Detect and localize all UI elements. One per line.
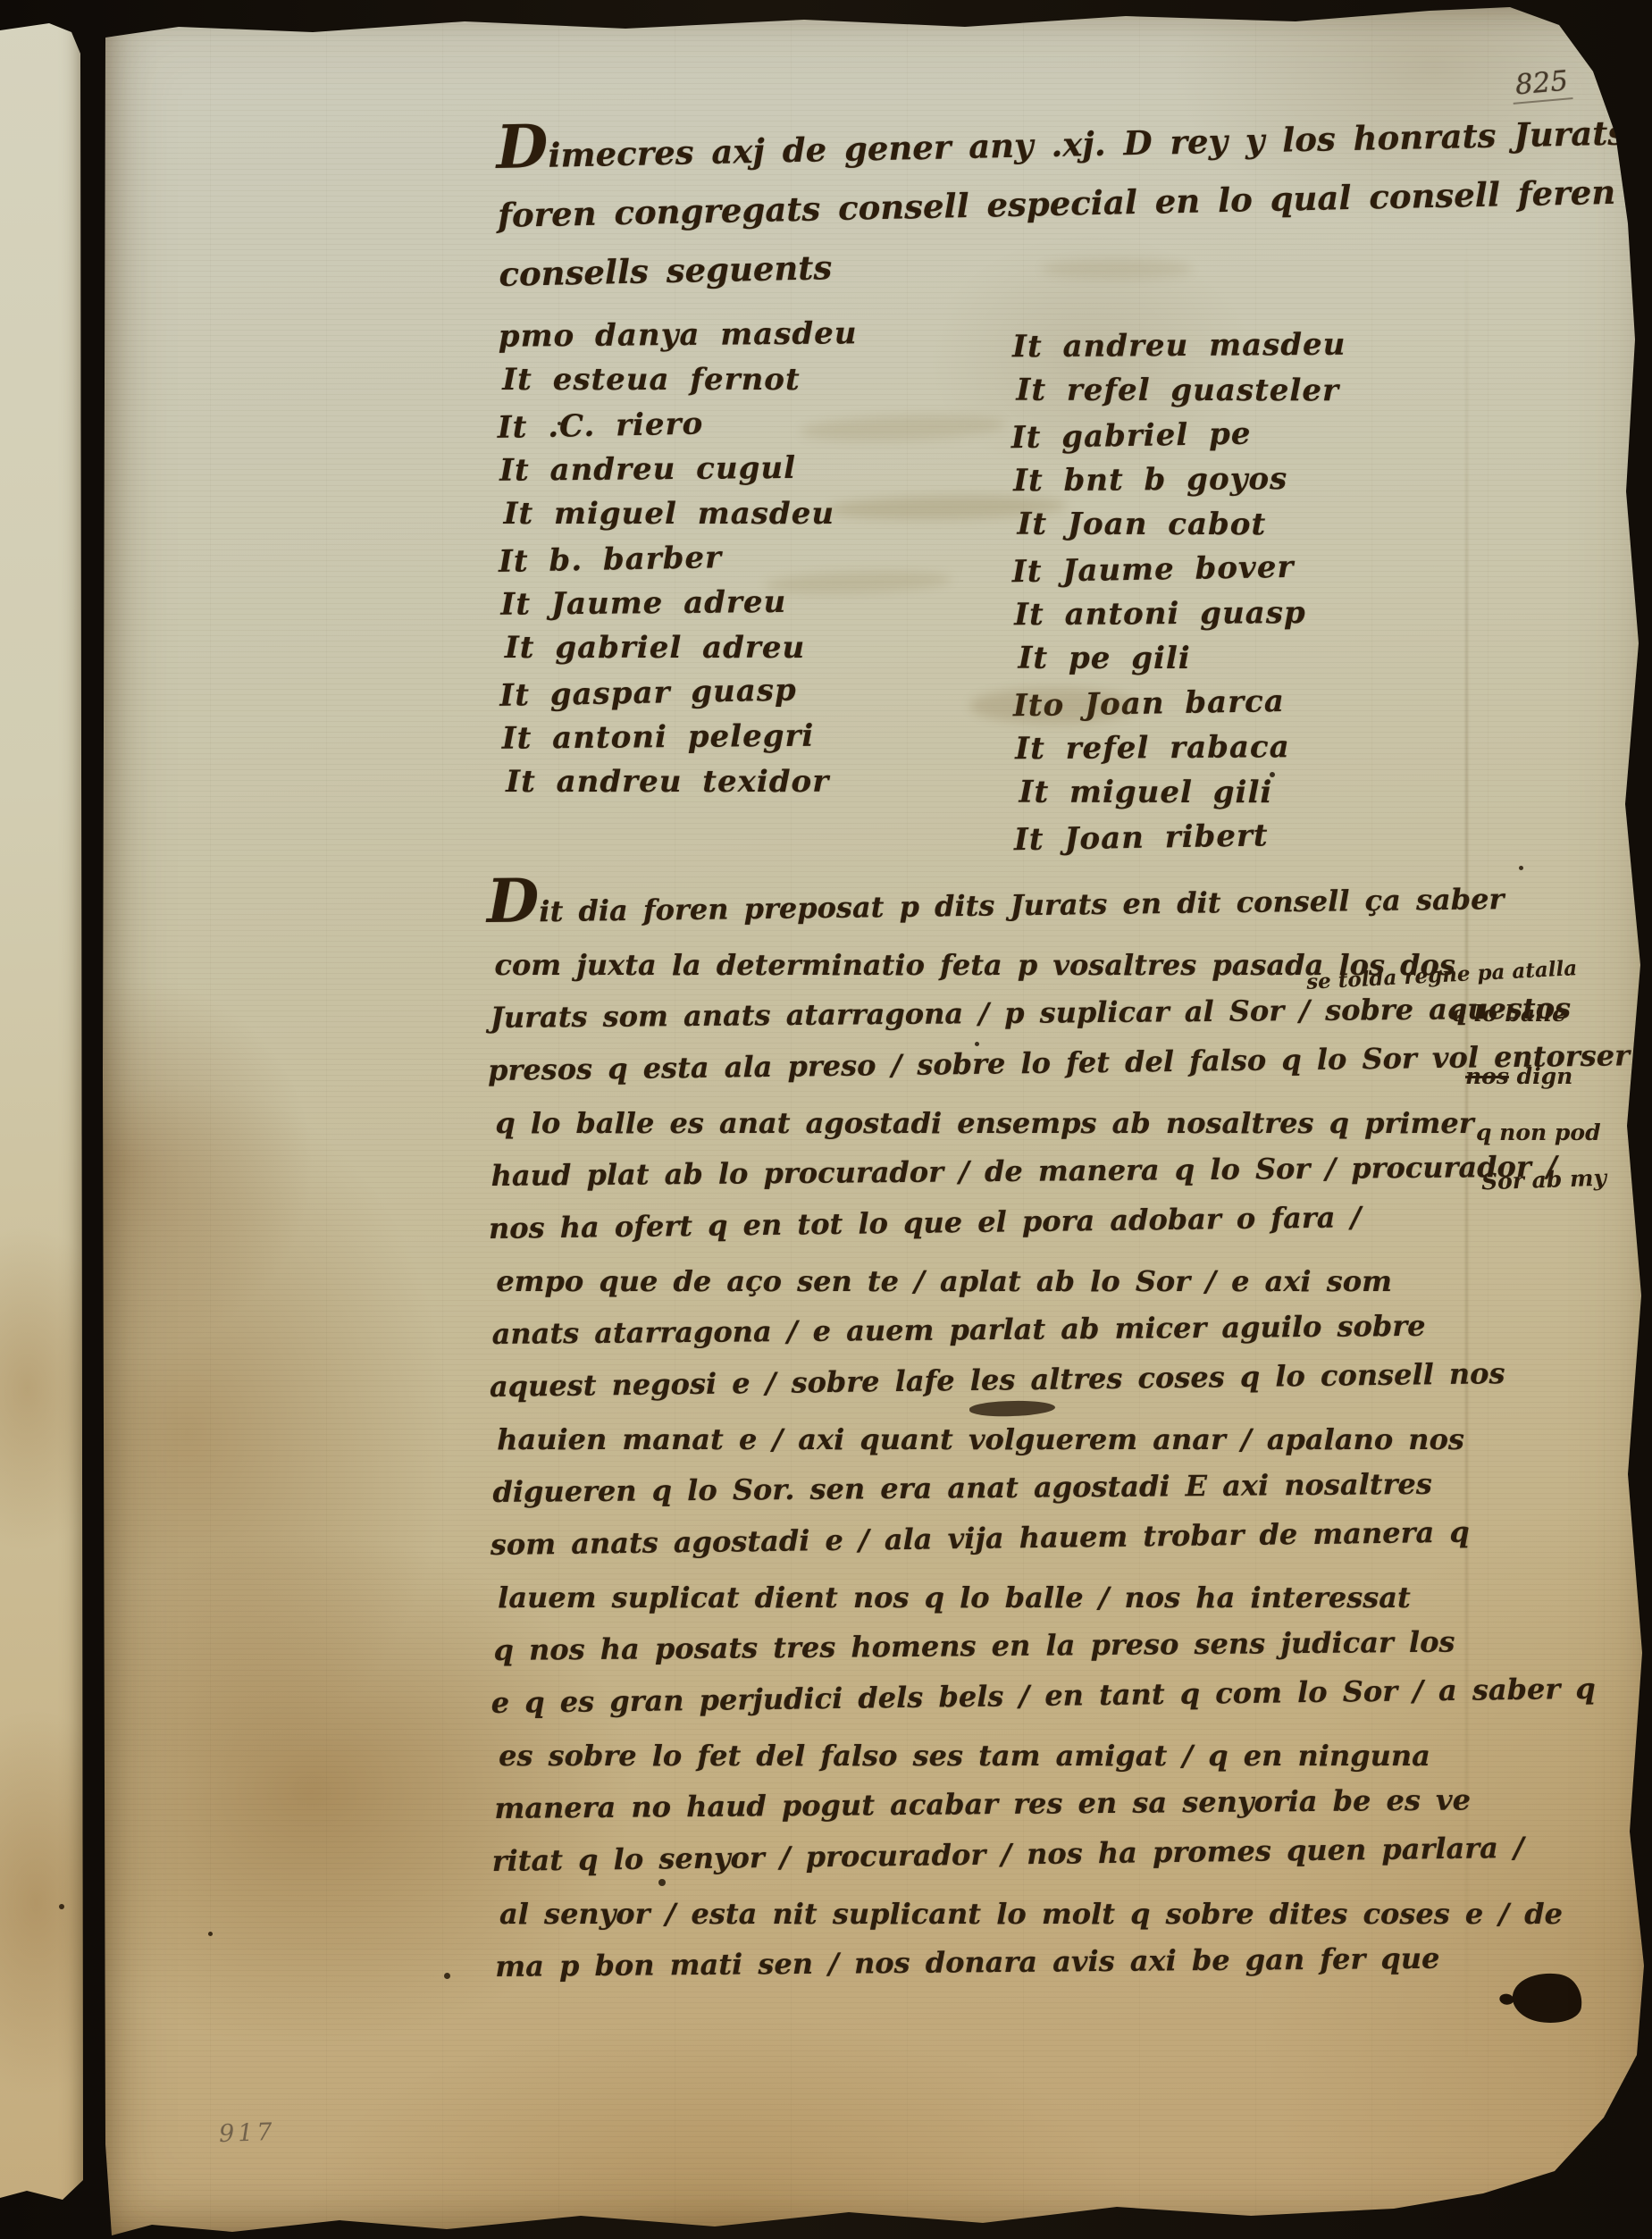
attendee-name: It Joan ribert bbox=[1014, 812, 1348, 863]
margin-word: dign bbox=[1517, 1063, 1573, 1089]
ink-speck bbox=[444, 1973, 450, 1979]
ink-speck bbox=[1270, 772, 1275, 777]
attendee-name: It miguel masdeu bbox=[504, 491, 863, 536]
margin-note: q non pod bbox=[1476, 1119, 1601, 1145]
attendee-name: It refel rabaca bbox=[1015, 725, 1349, 772]
page-number: 825 bbox=[1510, 64, 1572, 105]
attendee-name: It bnt b goyos bbox=[1013, 457, 1347, 504]
minutes-body: Dit dia foren preposat p dits Jurats en … bbox=[487, 880, 1652, 1993]
attendee-column-right: It andreu masdeu It refel guasteler It g… bbox=[1012, 323, 1350, 861]
ink-speck bbox=[975, 1042, 979, 1046]
struck-word: nos bbox=[1465, 1063, 1509, 1089]
attendee-name: It gaspar guasp bbox=[499, 667, 860, 718]
attendee-name: It andreu texidor bbox=[506, 759, 865, 804]
previous-page-edge bbox=[0, 0, 91, 2239]
attendee-name: It antoni guasp bbox=[1014, 591, 1348, 638]
attendee-name: It refel guasteler bbox=[1016, 368, 1349, 414]
attendee-name: It andreu cugul bbox=[499, 445, 859, 493]
body-line: Dit dia foren preposat p dits Jurats en … bbox=[487, 870, 1652, 939]
ink-speck bbox=[658, 1879, 666, 1886]
manuscript-photo: 825 Dimecres axj de gener any .xj. D rey… bbox=[0, 0, 1652, 2239]
ink-speck bbox=[59, 1904, 64, 1909]
ink-speck bbox=[1519, 866, 1523, 870]
attendee-name: It esteua fernot bbox=[502, 357, 861, 402]
ink-speck bbox=[558, 422, 561, 425]
show-through-smudge bbox=[1041, 259, 1193, 279]
body-line: ma p bon mati sen / nos donara avis axi … bbox=[495, 1930, 1652, 1993]
ink-speck bbox=[208, 1932, 213, 1936]
attendee-name: It miguel gili bbox=[1019, 770, 1353, 816]
attendee-name: It Joan cabot bbox=[1017, 502, 1350, 548]
margin-note: nos dign bbox=[1465, 1063, 1572, 1089]
attendee-name: It .C. riero bbox=[497, 398, 857, 450]
attendee-name: It andreu masdeu bbox=[1012, 323, 1346, 370]
show-through-smudge bbox=[969, 688, 1139, 724]
margin-note: Sor ab my bbox=[1481, 1165, 1607, 1195]
attendee-name: It gabriel pe bbox=[1010, 410, 1345, 461]
margin-note: e lo balle bbox=[1452, 1001, 1566, 1027]
attendee-name: It Jaume bover bbox=[1011, 544, 1346, 595]
attendee-name: It gabriel adreu bbox=[505, 625, 864, 670]
pencil-foliation-number: 917 bbox=[218, 2118, 276, 2148]
manuscript-page: 825 Dimecres axj de gener any .xj. D rey… bbox=[94, 0, 1652, 2239]
attendee-name: It antoni pelegri bbox=[502, 713, 861, 761]
attendee-name: pmo danya masdeu bbox=[499, 311, 858, 359]
paper-crease bbox=[1465, 232, 1468, 2064]
attendee-column-left: pmo danya masdeu It esteua fernot It .C.… bbox=[499, 311, 861, 805]
attendee-name: It pe gili bbox=[1018, 636, 1351, 682]
